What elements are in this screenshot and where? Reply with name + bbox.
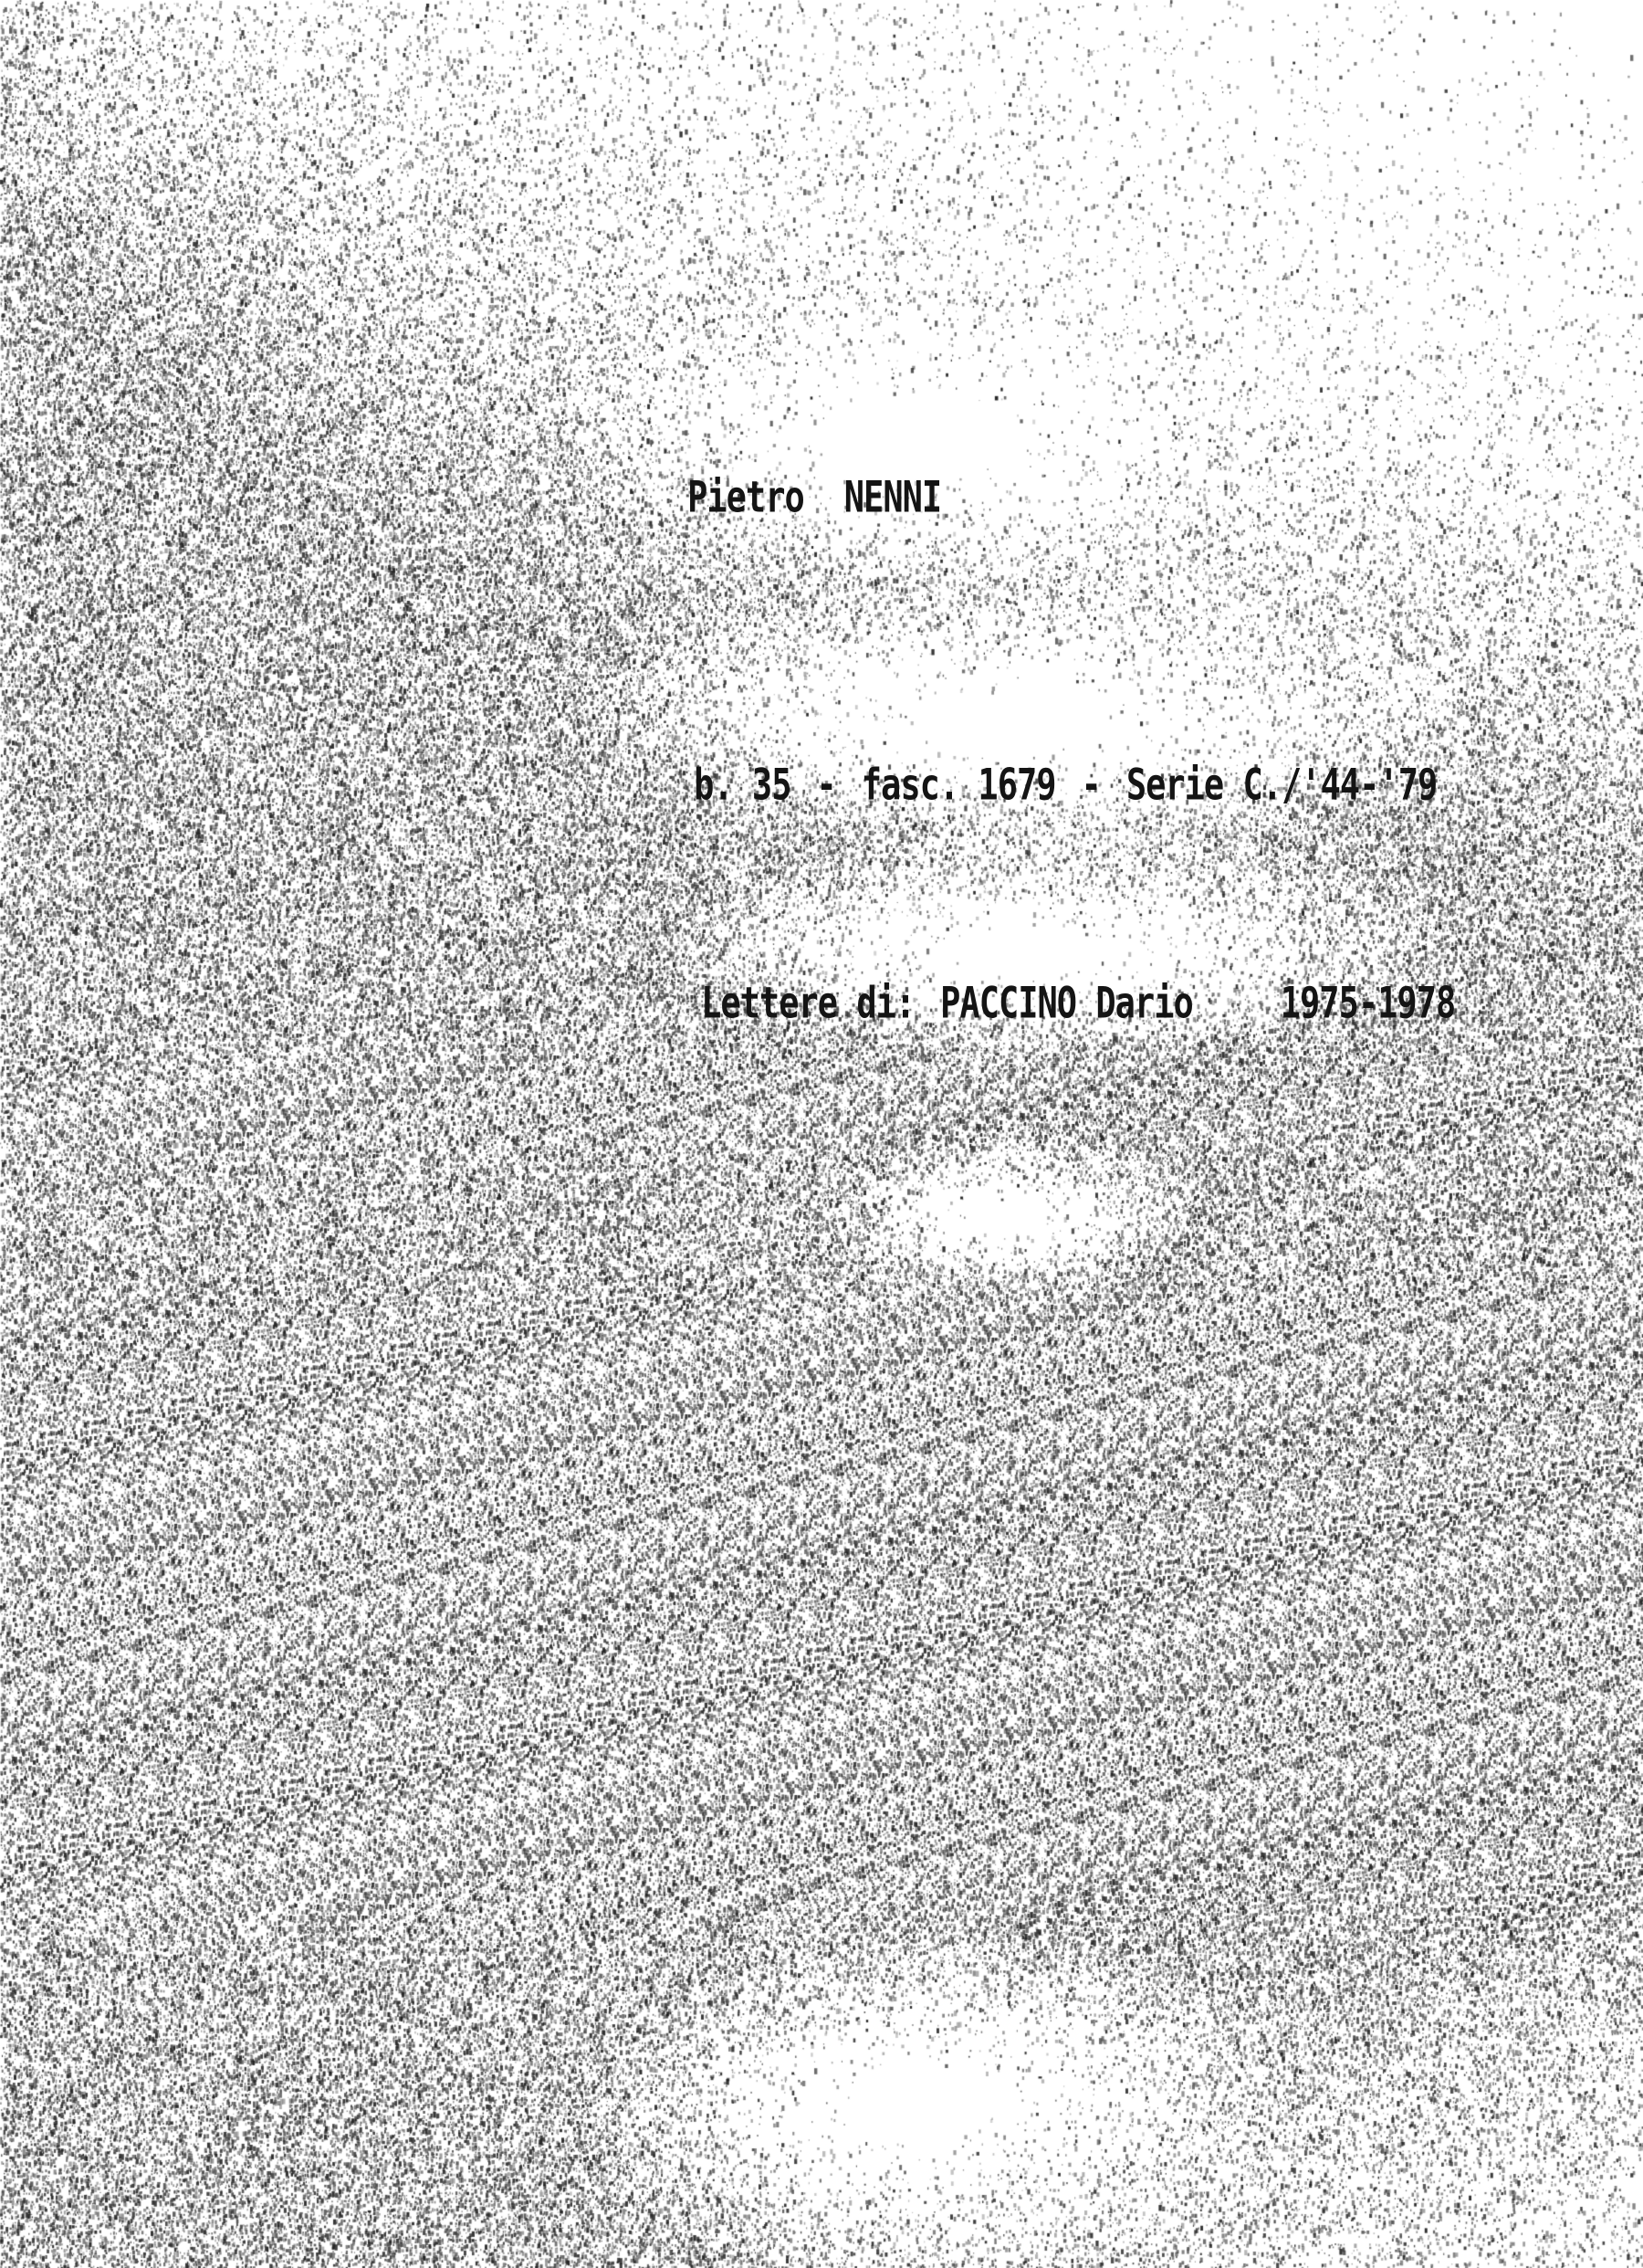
archive-reference-line: b. 35-fasc. 1679-Serie C./'44-'79 bbox=[616, 709, 1437, 860]
letters-label: Lettere di: bbox=[701, 978, 915, 1028]
separator-dash: - bbox=[817, 760, 836, 810]
author-last-name: NENNI bbox=[844, 472, 941, 522]
busta-number: b. 35 bbox=[694, 760, 790, 810]
fascicolo-number: fasc. 1679 bbox=[862, 760, 1056, 810]
correspondent-name: PACCINO Dario bbox=[940, 978, 1193, 1028]
serie-label: Serie C./'44-'79 bbox=[1126, 760, 1437, 810]
letters-line: Lettere di:PACCINO Dario1975-1978 bbox=[623, 928, 1455, 1078]
author-first-name: Pietro bbox=[687, 472, 804, 522]
date-range: 1975-1978 bbox=[1281, 978, 1455, 1028]
author-line: PietroNENNI bbox=[610, 422, 941, 572]
archive-cover-sheet: PietroNENNI b. 35-fasc. 1679-Serie C./'4… bbox=[0, 0, 1643, 2268]
separator-dash: - bbox=[1082, 760, 1101, 810]
